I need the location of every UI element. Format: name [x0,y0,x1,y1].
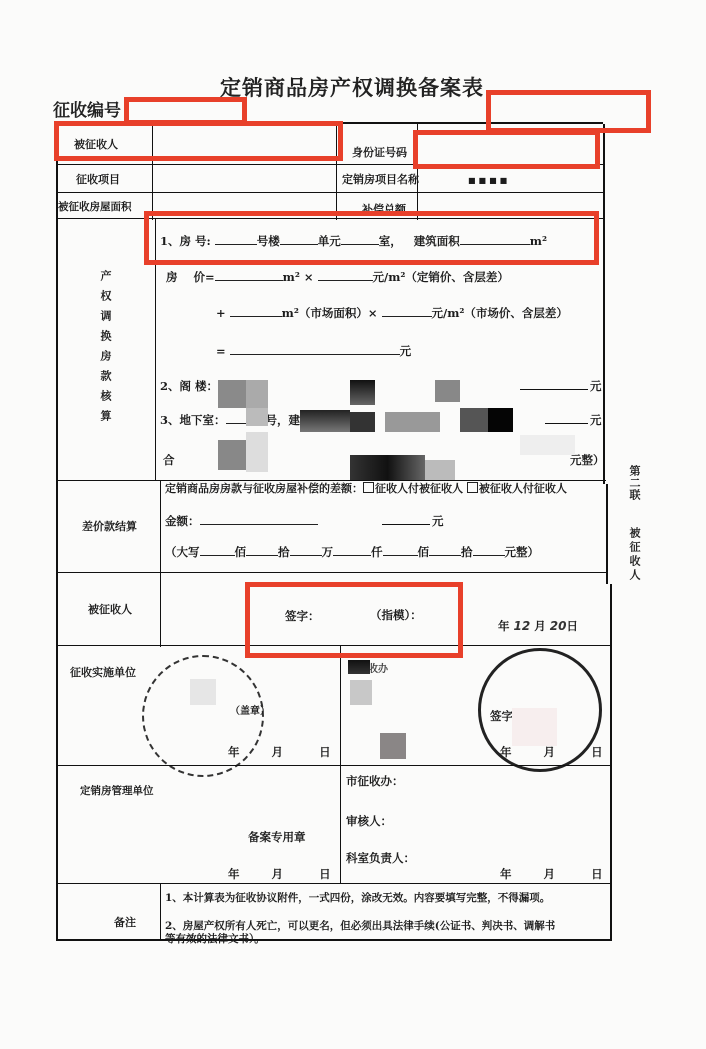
copy-number-note: 第二联 [626,465,642,501]
amount-blank[interactable] [200,514,318,525]
document-title: 定销商品房产权调换备案表 [220,72,484,102]
section-chief-label: 科室负责人： [346,850,415,866]
price-unit-blank[interactable] [318,270,373,281]
redaction-box-name [54,121,343,161]
capital-blank[interactable] [473,545,505,556]
capital-blank[interactable] [383,545,418,556]
implementing-unit-label: 征收实施单位 [70,664,136,680]
management-date: 年 月 日 [228,866,331,882]
redaction-box-id-number [413,130,600,169]
remarks-label: 备注 [114,914,136,930]
filing-seal-label: 备案专用章 [248,829,306,845]
city-office-label: 市征收办： [346,773,404,789]
table-border-left [56,122,58,940]
management-unit-label: 定销房管理单位 [80,783,154,798]
copy-holder-note: 被征收人 [626,527,642,583]
market-line: + m²（市场面积）× 元/m²（市场价、含层差） [216,305,568,321]
capital-blank[interactable] [333,545,371,556]
price-total-line: = 元 [216,343,411,359]
difference-line: 定销商品房房款与征收房屋补偿的差额：征收人付被征收人 被征收人付征收人 [165,480,567,496]
remark-item-1: 1、本计算表为征收协议附件，一式四份，涂改无效。内容要填写完整，不得漏项。 [165,890,550,905]
attic-line: 2、阁 楼： [160,378,218,394]
city-date: 年 月 日 [500,866,603,882]
capital-blank[interactable] [246,545,278,556]
price-area-blank[interactable] [215,270,283,281]
attic-unit: 元 [590,378,602,394]
signature-row-label: 被征收人 [88,601,132,617]
seal-label: （盖章） [230,702,270,717]
amount-line: 金额： [165,513,318,529]
redaction-box-signature [245,582,463,658]
table-border-right [603,124,605,484]
capital-amount-line: （大写佰拾万仟佰拾元整） [165,544,539,560]
housing-project-label: 定销房项目名称 [342,171,419,187]
redaction-box-top-right [486,90,651,133]
serial-number-label: 征收编号 [53,96,121,121]
table-border-bottom [56,939,612,941]
pixelated-redaction [218,380,246,408]
capital-blank[interactable] [429,545,461,556]
calculation-section-label: 产权调换房款核算 [97,270,113,430]
price-total-blank[interactable] [230,344,400,355]
redaction-box-room [144,211,599,265]
district-date: 年 月 日 [500,744,603,760]
market-price-blank[interactable] [382,306,432,317]
house-area-label: 被征收房屋面积 [58,199,132,214]
capital-blank[interactable] [200,545,235,556]
sum-suffix: 元整） [570,452,605,468]
signature-date: 年 12 月 20日 [498,618,578,634]
amount-unit: 元 [432,513,444,529]
basement-unit: 元 [590,412,602,428]
reviewer-label: 审核人： [346,813,392,829]
option-expropriated-pays-checkbox[interactable] [467,482,478,493]
housing-project-value: ■■■■ [468,175,510,185]
settlement-label: 差价款结算 [82,518,137,534]
market-area-blank[interactable] [230,306,282,317]
remark-item-2-cont: 等有效的法律文书）。 [165,931,265,946]
capital-blank[interactable] [290,545,322,556]
id-number-label: 身份证号码 [352,144,407,160]
project-label: 征收项目 [76,171,120,187]
district-sign-label: 签字 [490,708,513,724]
price-line: 房 价=m² × 元/m²（定销价、含层差） [166,269,509,285]
sum-line: 合 [163,452,175,468]
option-collector-pays-checkbox[interactable] [363,482,374,493]
implementing-date: 年 月 日 [228,744,331,760]
